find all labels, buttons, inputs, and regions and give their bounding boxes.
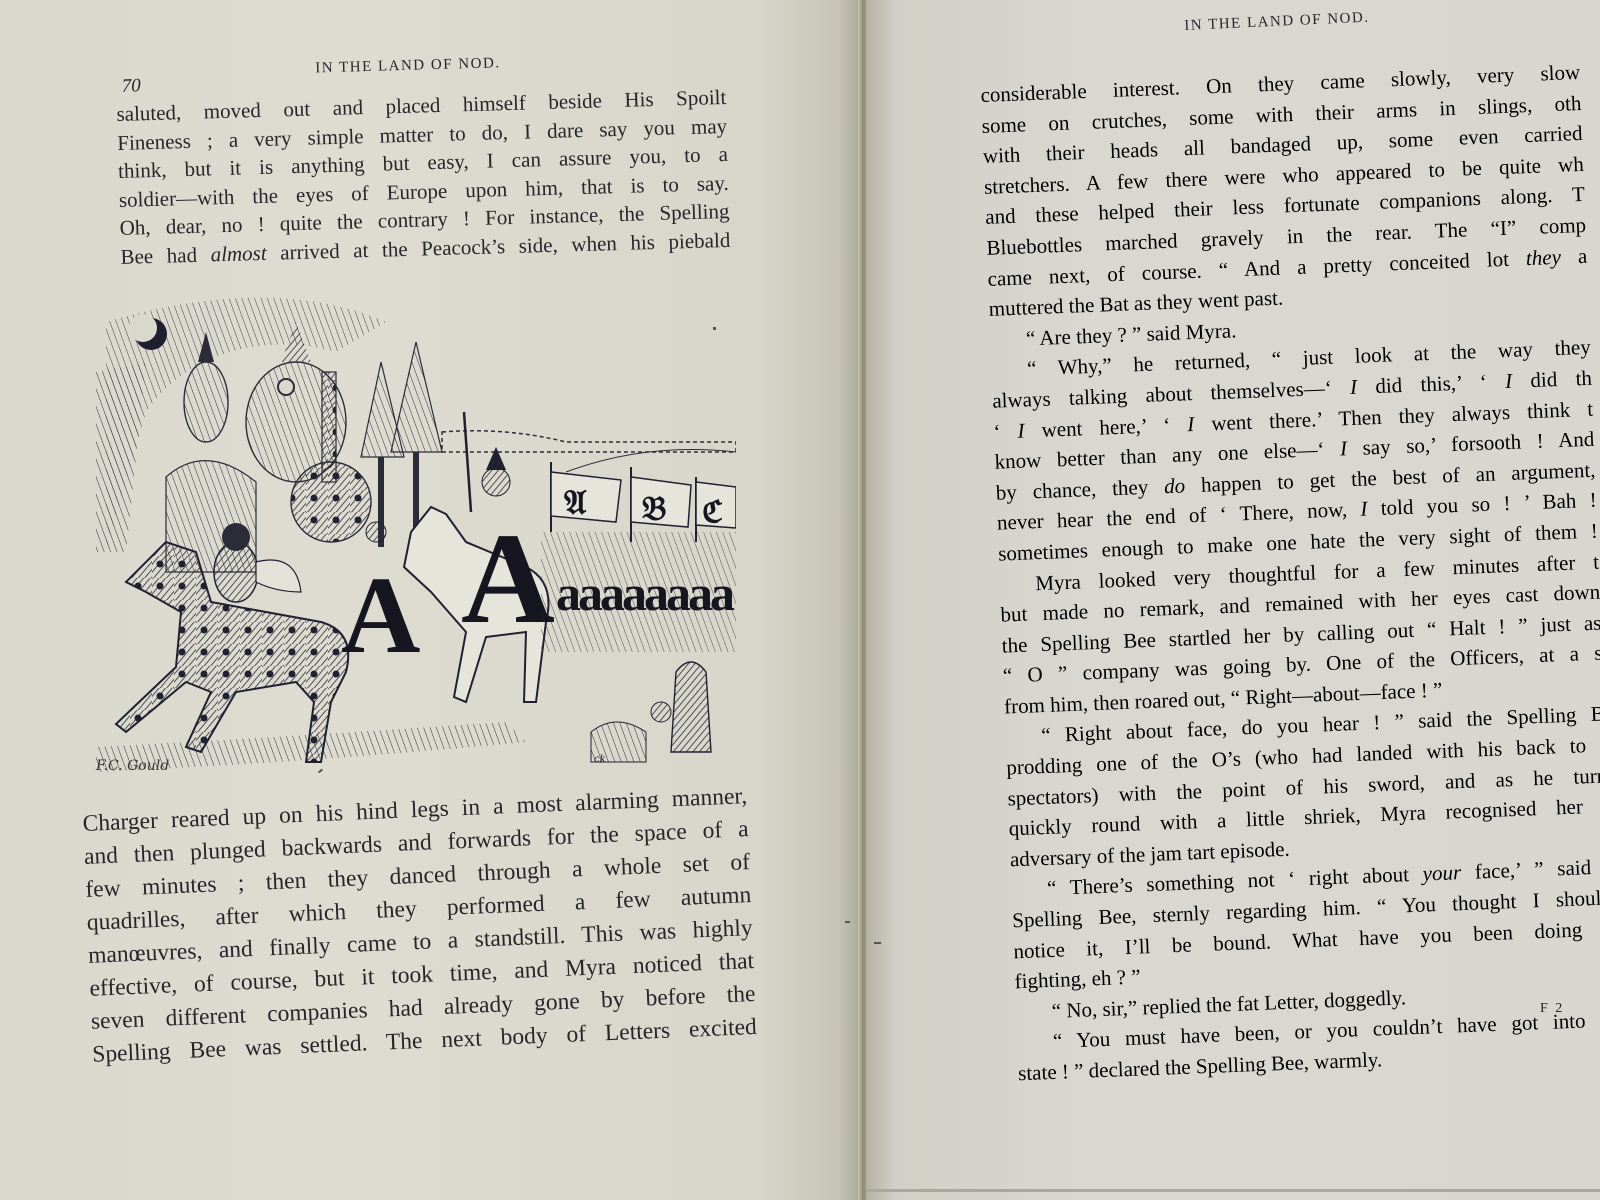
right-page-text: considerable interest. On they came slow…	[980, 55, 1600, 1088]
banner-letter-c: ℭ	[702, 495, 723, 530]
signature-mark: F 2	[1540, 1001, 1564, 1017]
italic-emphasis: they	[1525, 244, 1561, 269]
left-page: 70 IN THE LAND OF NOD. saluted, moved ou…	[0, 0, 864, 1200]
page-number: 70	[121, 75, 141, 98]
italic-emphasis: your	[1422, 861, 1461, 886]
italic-emphasis: I	[1187, 412, 1195, 436]
italic-emphasis: I	[1340, 436, 1348, 460]
left-page-upper-text: 70 IN THE LAND OF NOD. saluted, moved ou…	[115, 43, 731, 271]
running-head-left: IN THE LAND OF NOD.	[315, 55, 501, 77]
italic-emphasis: I	[1017, 418, 1025, 442]
page-bottom-edge	[866, 1189, 1600, 1192]
paragraph: saluted, moved out and placed himself be…	[116, 83, 731, 271]
artist-signature: F.C. Gould	[96, 758, 169, 774]
svg-text:A: A	[461, 507, 555, 651]
paragraph: Charger reared up on his hind legs in a …	[82, 780, 757, 1072]
paragraph: considerable interest. On they came slow…	[980, 57, 1600, 1089]
italic-emphasis: I	[1350, 375, 1358, 399]
italic-emphasis: almost	[210, 240, 267, 266]
banner-letter-a: 𝔄	[564, 483, 587, 523]
italic-emphasis: I	[1360, 497, 1368, 521]
illustration-letter-army-parade: A A 𝔄 𝔅	[86, 292, 736, 782]
italic-emphasis: I	[1505, 369, 1513, 393]
svg-text:ck: ck	[594, 754, 606, 765]
left-page-lower-text: Charger reared up on his hind legs in a …	[82, 780, 757, 1072]
svg-text:aaaaaaaa: aaaaaaaa	[556, 565, 735, 621]
open-book-spread: 70 IN THE LAND OF NOD. saluted, moved ou…	[0, 0, 1600, 1200]
italic-emphasis: do	[1164, 473, 1186, 498]
banner-letter-b: 𝔅	[642, 489, 667, 529]
illustration-drawing: A A 𝔄 𝔅	[86, 292, 736, 782]
